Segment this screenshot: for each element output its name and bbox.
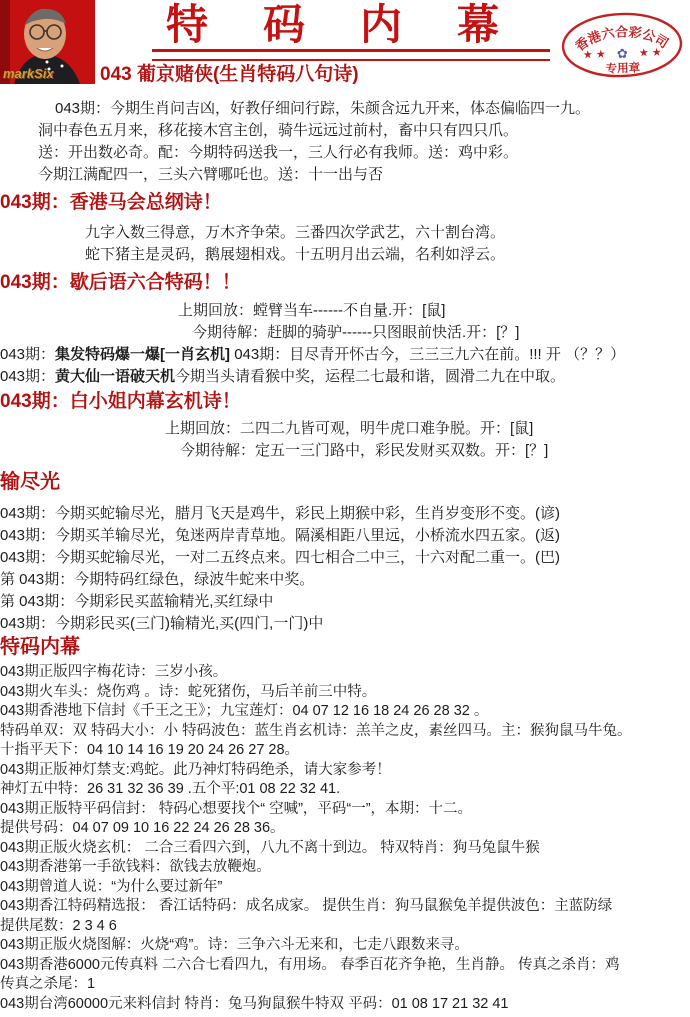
stamp-stars-right: ★ ★ <box>639 47 662 60</box>
text-line: 043期正版神灯禁支:鸡蛇。此乃神灯特码绝杀，请大家参考！ <box>0 761 690 781</box>
text-line: 上期回放：螳臂当车------不自量.开：[鼠] <box>178 300 690 322</box>
line-bold: 黄大仙一语破天机 <box>55 368 175 385</box>
company-stamp: 香港六合彩公司 ★ ★ ✿ ★ ★ 专用章 <box>559 10 685 80</box>
text-line: 043期正版特平码信封： 特码心想要找个“ 空喊”，平码“一”，本期：十二。 <box>0 800 690 820</box>
text-line: 043期香港6000元传真料 二六合七看四九，有用场。 春季百花齐争艳，生肖静。… <box>0 956 690 976</box>
text-line: 043期正版火烧玄机： 二合三看四六到，八九不离十到边。 特双特肖：狗马兔鼠牛猴 <box>0 839 690 859</box>
section-shujinguang: 输尽光 043期：今期买蛇输尽光，腊月飞天是鸡牛，彩民上期猴中彩，生肖岁变形不变… <box>0 470 690 635</box>
text-line: 043期香港地下信封《千王之王》；九宝莲灯：04 07 12 16 18 24 … <box>0 702 690 722</box>
photo-watermark: markSix <box>3 66 54 81</box>
text-line: 043期香港第一手欲钱料：欲钱去放鞭炮。 <box>0 858 690 878</box>
section-zonggang-shi: 043期：香港马会总纲诗！ 九字入数三得意，万木齐争荣。三番四次学武艺，六十割台… <box>0 192 690 266</box>
section-heading: 输尽光 <box>0 470 690 494</box>
line-bold: 集发特码爆一爆[一肖玄机] <box>55 346 230 363</box>
text-line: 043期台湾60000元来料信封 特肖：兔马狗鼠猴牛特双 平码：01 08 17… <box>0 995 690 1015</box>
section-heading: 043期：白小姐内幕玄机诗！ <box>0 391 690 413</box>
page-title: 特码内幕 <box>152 2 554 50</box>
line-prefix: 043期： <box>0 346 55 363</box>
section-heading: 043期：香港马会总纲诗！ <box>0 192 690 214</box>
content: 043 葡京赌侠(生肖特码八句诗) 043期：今期生肖问吉凶，好教仔细问行踪，朱… <box>0 0 690 1014</box>
text-line: 043期：今期买羊输尽光，兔迷两岸青草地。隔溪相距八里远，小桥流水四五家。(返) <box>0 525 690 547</box>
text-line: 蛇下猪主是灵码，鹅展翅相戏。十五明月出云端，名利如浮云。 <box>85 244 690 266</box>
text-line: 043期：今期买蛇输尽光，一对二五终点来。四七相合二中三，十六对配二重一。(巴) <box>0 547 690 569</box>
text-line: 043期正版火烧图解：火烧“鸡”。诗：三争六斗无来和，七走八跟数来寻。 <box>0 936 690 956</box>
text-line: 043期正版四字梅花诗：三岁小孩。 <box>0 663 690 683</box>
text-line: 043期火车头：烧伤鸡 。诗：蛇死猪伤，马后羊前三中特。 <box>0 683 690 703</box>
text-line: 043期曾道人说：“为什么要过新年” <box>0 878 690 898</box>
section-baixiaojie: 043期：白小姐内幕玄机诗！ 上期回放：二四二九皆可观，明牛虎口难争脱。开：[鼠… <box>0 391 690 462</box>
line-rest: 今期当头请看猴中奖，运程二七最和谐，圆滑二九在中取。 <box>175 368 565 385</box>
text-line: 提供号码：04 07 09 10 16 22 24 26 28 36。 <box>0 819 690 839</box>
text-line: 043期：今期生肖问吉凶，好教仔细问行踪，朱颜含远九开来，体态偏临四一九。 <box>55 98 690 120</box>
portrait-photo: markSix <box>0 0 95 84</box>
section-heading: 特码内幕 <box>0 635 690 659</box>
text-line: 今期待解：定五一三门路中，彩民发财买双数。开：[？] <box>180 440 690 462</box>
section-heading: 043期：歇后语六合特码！！ <box>0 272 690 294</box>
text-line: 十指平天下：04 10 14 16 19 20 24 26 27 28。 <box>0 741 690 761</box>
text-line: 神灯五中特：26 31 32 36 39 .五个平:01 08 22 32 41… <box>0 780 690 800</box>
text-line: 043期：今期买蛇输尽光，腊月飞天是鸡牛，彩民上期猴中彩，生肖岁变形不变。(谚) <box>0 503 690 525</box>
text-line: 上期回放：二四二九皆可观，明牛虎口难争脱。开：[鼠] <box>165 418 690 440</box>
text-line: 传真之杀尾：1 <box>0 975 690 995</box>
line-rest: 043期：目尽青开怀古今，三三三九六在前。!!! 开 （？？） <box>230 346 625 363</box>
stamp-flower-icon: ✿ <box>617 46 629 61</box>
text-line: 043期：今期彩民买(三门)输精光,买(四门,一门)中 <box>0 613 690 635</box>
text-line: 提供尾数：2 3 4 6 <box>0 917 690 937</box>
section-xiehouyu: 043期：歇后语六合特码！！ 上期回放：螳臂当车------不自量.开：[鼠] … <box>0 272 690 388</box>
line-prefix: 043期： <box>0 368 55 385</box>
stamp-stars-left: ★ ★ <box>583 49 606 62</box>
stamp-oval-icon: 香港六合彩公司 ★ ★ ✿ ★ ★ 专用章 <box>559 10 685 80</box>
page-title-block: 特码内幕 <box>152 2 554 61</box>
text-line: 第 043期：今期彩民买蓝输精光,买红绿中 <box>0 591 690 613</box>
text-line: 043期香江特码精选报： 香江话特码：成名成家。 提供生肖：狗马鼠猴兔羊提供波色… <box>0 897 690 917</box>
section-pujing-duxia: 043 葡京赌侠(生肖特码八句诗) 043期：今期生肖问吉凶，好教仔细问行踪，朱… <box>0 64 690 186</box>
stamp-label: 专用章 <box>605 60 640 75</box>
text-line: 今期江满配四一，三头六臂哪吒也。送：十一出与否 <box>38 164 690 186</box>
text-line: 洞中春色五月来，移花接木宫主创，骑牛远远过前村，畜中只有四只爪。 <box>38 120 690 142</box>
text-line: 九字入数三得意，万木齐争荣。三番四次学武艺，六十割台湾。 <box>85 222 690 244</box>
text-line: 043期：集发特码爆一爆[一肖玄机] 043期：目尽青开怀古今，三三三九六在前。… <box>0 344 690 366</box>
text-line: 第 043期：今期特码红绿色，绿波牛蛇来中奖。 <box>0 569 690 591</box>
text-line: 特码单双：双 特码大小：小 特码波色：蓝生肖玄机诗：羔羊之皮，素丝四马。主：猴狗… <box>0 722 690 742</box>
title-underline <box>152 49 550 61</box>
text-line: 043期：黄大仙一语破天机今期当头请看猴中奖，运程二七最和谐，圆滑二九在中取。 <box>0 366 690 388</box>
section-tema-neimu: 特码内幕 043期正版四字梅花诗：三岁小孩。 043期火车头：烧伤鸡 。诗：蛇死… <box>0 635 690 1014</box>
text-line: 今期待解：赶脚的骑驴------只图眼前快活.开：[？] <box>192 322 690 344</box>
text-line: 送：开出数必奇。配：今期特码送我一，三人行必有我师。送：鸡中彩。 <box>38 142 690 164</box>
